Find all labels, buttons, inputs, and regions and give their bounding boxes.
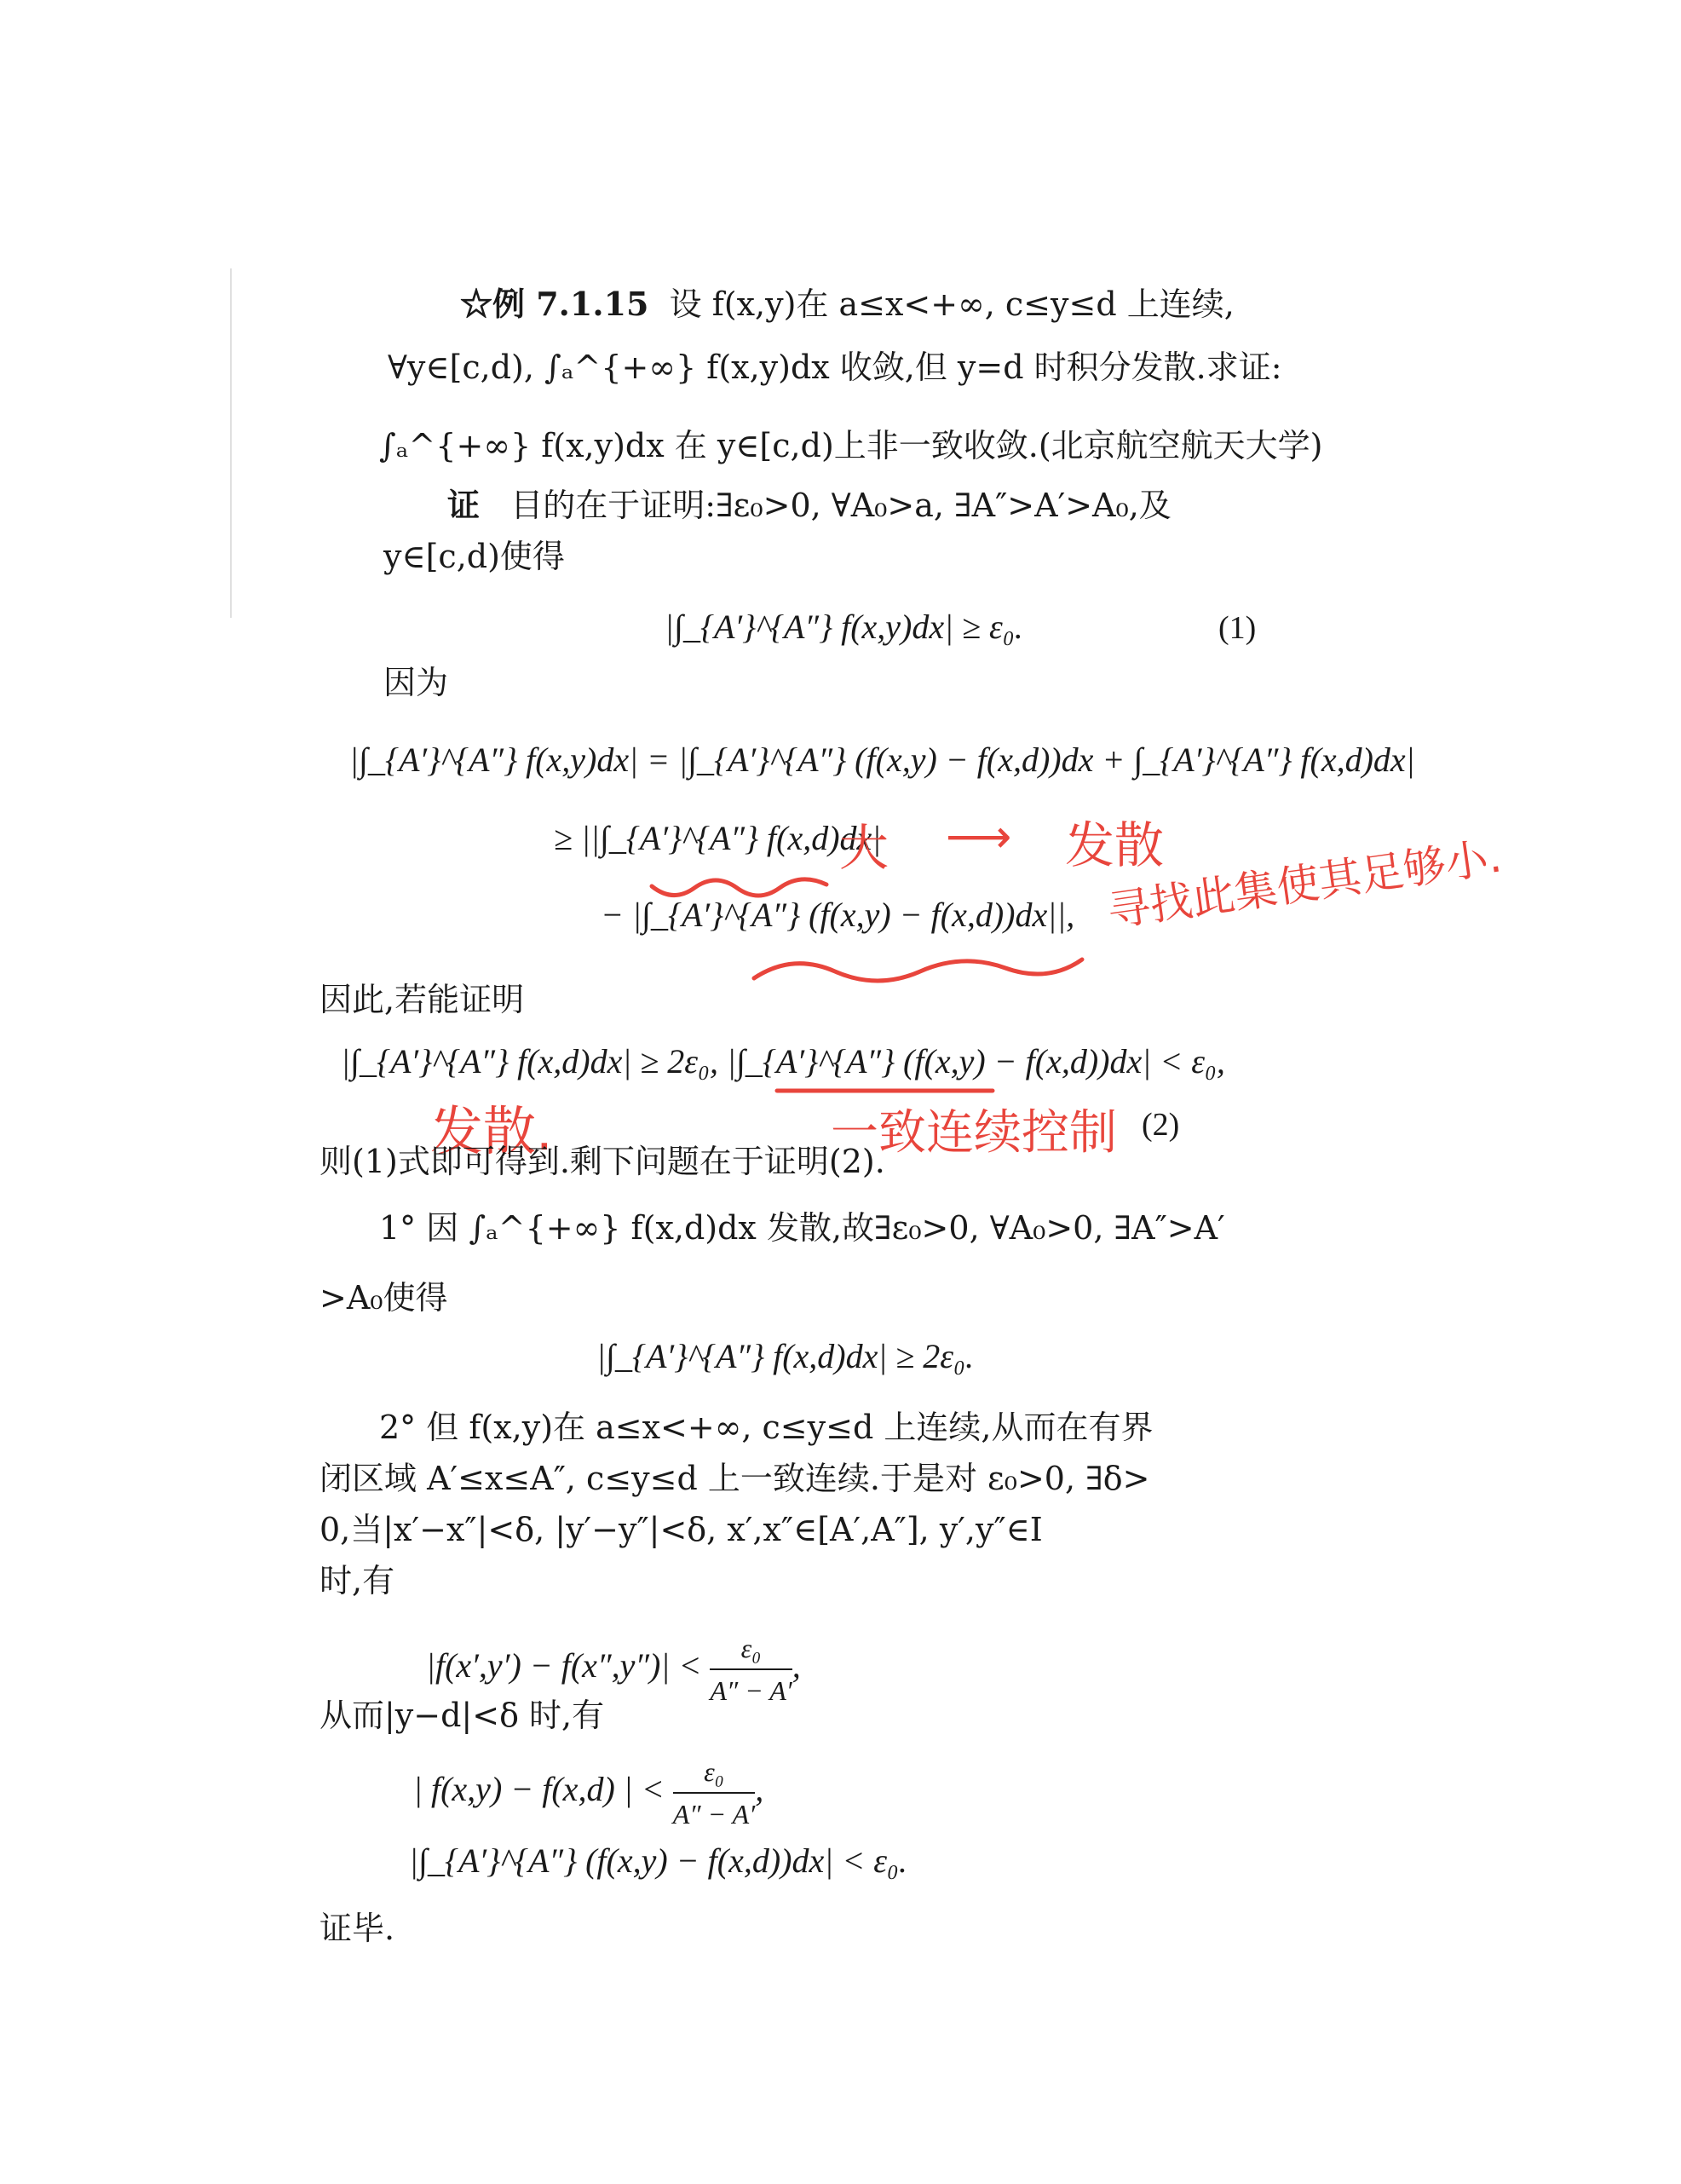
example-line-1: ☆例 7.1.15 设 f(x,y)在 a≤x<+∞, c≤y≤d 上连续, (460, 285, 1235, 324)
example-line-3: ∫ₐ^{+∞} f(x,y)dx 在 y∈[c,d)上非一致收敛.(北京航空航天… (379, 426, 1323, 465)
inequality-chain-1: |∫_{A′}^{A″} f(x,y)dx| = |∫_{A′}^{A″} (f… (349, 740, 1415, 781)
annotation-arrow: ⟶ (946, 810, 1011, 863)
example-text-1: 设 f(x,y)在 a≤x<+∞, c≤y≤d 上连续, (670, 285, 1235, 323)
step-2-line-b: 闭区域 A′≤x≤A″, c≤y≤d 上一致连续.于是对 ε₀>0, ∃δ> (320, 1459, 1149, 1498)
fraction-2: ε₀ A″ − A′ (673, 1751, 755, 1835)
step-1-equation: |∫_{A′}^{A″} f(x,d)dx| ≥ 2ε₀. (596, 1336, 974, 1377)
step-1-line-a: 1° 因 ∫ₐ^{+∞} f(x,d)dx 发散,故∃ε₀>0, ∀A₀>0, … (379, 1208, 1225, 1248)
proof-label: 证 (447, 486, 480, 524)
annotation-diverge-1: 发散 (1065, 805, 1164, 877)
proof-goal: 目的在于证明:∃ε₀>0, ∀A₀>a, ∃A″>A′>A₀,及 (510, 487, 1172, 524)
proof-line-2: y∈[c,d)使得 (383, 537, 565, 576)
example-line-2: ∀y∈[c,d), ∫ₐ^{+∞} f(x,y)dx 收敛,但 y=d 时积分发… (388, 348, 1282, 387)
step-2-line-d: 时,有 (320, 1561, 394, 1600)
step-2-line-a: 2° 但 f(x,y)在 a≤x<+∞, c≤y≤d 上连续,从而在有界 (379, 1408, 1153, 1447)
therefore-text: 因此,若能证明 (320, 980, 524, 1019)
inequality-chain-2: ≥ ||∫_{A′}^{A″} f(x,d)dx| (554, 818, 881, 859)
example-label: ☆例 7.1.15 (460, 285, 648, 323)
equation-1: |∫_{A′}^{A″} f(x,y)dx| ≥ ε₀. (665, 607, 1023, 648)
scan-margin-line (230, 268, 232, 618)
straight-underline (775, 1086, 997, 1095)
qed-text: 证毕. (320, 1909, 394, 1948)
proof-line-1: 证 目的在于证明:∃ε₀>0, ∀A₀>a, ∃A″>A′>A₀,及 (447, 486, 1172, 525)
step-2-equation-3: |∫_{A′}^{A″} (f(x,y) − f(x,d))dx| < ε₀. (409, 1841, 907, 1881)
step-1-line-b: >A₀使得 (320, 1278, 448, 1317)
annotation-big: 大 (839, 808, 889, 879)
equation-1-number: (1) (1218, 609, 1256, 647)
step-2-eq2-lhs: | f(x,y) − f(x,d) | < (413, 1770, 665, 1808)
equation-2-number: (2) (1142, 1106, 1179, 1144)
wavy-underline-1 (648, 878, 835, 903)
wavy-underline-2 (750, 953, 1091, 987)
step-2-equation-2: | f(x,y) − f(x,d) | < ε₀ A″ − A′ , (413, 1751, 763, 1835)
thus-text: 从而|y−d|<δ 时,有 (320, 1696, 604, 1735)
step-2-eq1-lhs: |f(x′,y′) − f(x″,y″)| < (426, 1646, 701, 1685)
then-text: 则(1)式即可得到.剩下问题在于证明(2). (320, 1142, 885, 1181)
because-text: 因为 (383, 663, 448, 702)
step-2-line-c: 0,当|x′−x″|<δ, |y′−y″|<δ, x′,x″∈[A′,A″], … (320, 1510, 1043, 1549)
fraction-1: ε₀ A″ − A′ (710, 1628, 792, 1711)
equation-2: |∫_{A′}^{A″} f(x,d)dx| ≥ 2ε₀, |∫_{A′}^{A… (341, 1041, 1225, 1082)
